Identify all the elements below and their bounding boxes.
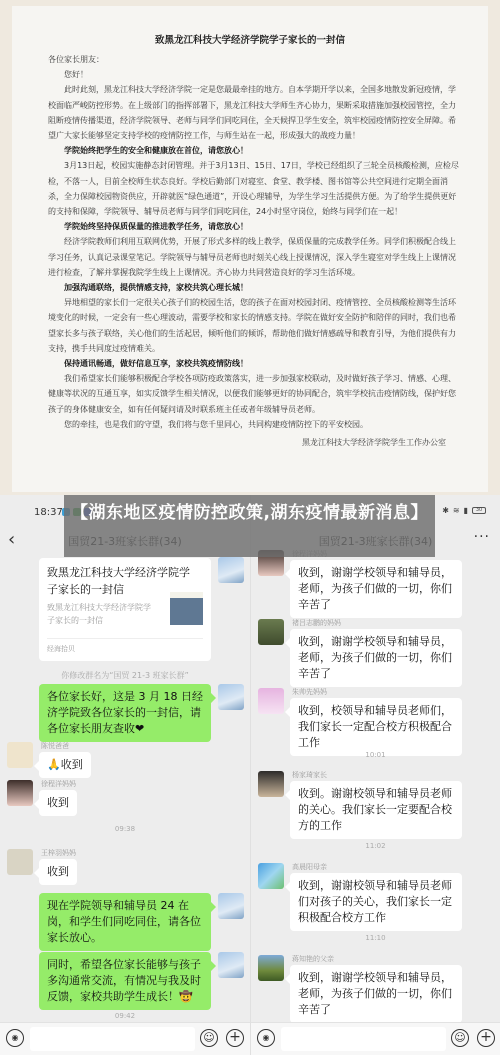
letter-paragraph: 经济学院教师们利用互联网优势，开展了形式多样的线上教学，保质保量的完成教学任务。… [48, 234, 460, 280]
message-input[interactable] [281, 1027, 446, 1051]
message-bubble-received[interactable]: 收到 [39, 859, 77, 885]
more-options-icon[interactable]: ··· [474, 529, 490, 545]
chat-messages[interactable]: 徐程洋妈妈 收到，谢谢学校领导和辅导员，老师，为孩子们做的一切，你们辛苦了 褚吕… [251, 557, 500, 1017]
chat-messages[interactable]: 致黑龙江科技大学经济学院学子家长的一封信 致黑龙江科技大学经济学院学子家长的一封… [0, 557, 250, 1017]
my-avatar[interactable] [218, 557, 244, 583]
member-avatar[interactable] [7, 780, 33, 806]
system-status-icons: ✱ ≋ ▮ 30 [442, 506, 486, 515]
signal-icon: ▮ [464, 506, 468, 515]
sender-name: 蒋知艳的父亲 [292, 954, 334, 964]
sender-name: 朱帅先妈妈 [292, 687, 327, 697]
member-avatar[interactable] [258, 688, 284, 714]
composite-image: 致黑龙江科技大学经济学院学子家长的一封信 各位家长朋友： 您好！ 此时此刻，黑龙… [0, 0, 500, 1055]
letter-body: 各位家长朋友： 您好！ 此时此刻，黑龙江科技大学经济学院一定是您最最牵挂的地方。… [48, 52, 460, 432]
voice-input-icon[interactable]: ◉ [257, 1029, 275, 1047]
message-bubble-received[interactable]: 收到，谢谢学校领导和辅导员，老师，为孩子们做的一切，你们辛苦了 [290, 629, 462, 687]
my-avatar[interactable] [218, 952, 244, 978]
phone-screenshot-right: ✱ ≋ ▮ 30 国贸21-3班家长群(34) ··· 徐程洋妈妈 收到，谢谢学… [250, 495, 500, 1055]
chat-input-bar: ◉ ☺ + [251, 1022, 500, 1055]
timestamp: 09:38 [0, 825, 250, 833]
plus-icon[interactable]: + [226, 1029, 244, 1047]
letter-paragraph: 我们希望家长们能够积极配合学校各项防疫政策落实，进一步加强家校联动，及时做好孩子… [48, 371, 460, 417]
letter-paragraph: 您的牵挂，也是我们的守望，我们将与您千里同心，共同构建疫情防控下的平安校园。 [48, 417, 460, 432]
letter-heading: 学院始终坚持保质保量的推进教学任务，请您放心！ [48, 219, 460, 234]
message-bubble-received[interactable]: 收到。谢谢校领导和辅导员老师的关心。我们家长一定要配合校方的工作 [290, 781, 462, 839]
timestamp: 09:42 [0, 1012, 250, 1020]
message-bubble-received[interactable]: 收到，谢谢学校领导和辅导员，老师，为孩子们做的一切，你们辛苦了 [290, 560, 462, 618]
phone-screenshot-left: 18:37 ‹ 国贸21-3班家长群(34) 致黑龙江科技大学经济学院学子家长的… [0, 495, 250, 1055]
letter-salutation: 各位家长朋友： [48, 52, 460, 67]
letter-heading: 学院始终把学生的安全和健康放在首位，请您放心！ [48, 143, 460, 158]
message-bubble-sent[interactable]: 现在学院领导和辅导员 24 在岗，和学生们同吃同住，请各位家长放心。 [39, 893, 211, 951]
member-avatar[interactable] [258, 955, 284, 981]
message-bubble-sent[interactable]: 同时，希望各位家长能够与孩子多沟通常交流，有情况与我及时反馈，家校共助学生成长！… [39, 952, 211, 1010]
sender-name: 高晨阳母亲 [292, 862, 327, 872]
letter-heading: 保持通讯畅通，做好信息互享，家校共筑疫情防线！ [48, 356, 460, 371]
chat-input-bar: ◉ ☺ + [0, 1022, 250, 1055]
emoji-icon[interactable]: ☺ [451, 1029, 469, 1047]
message-bubble-received[interactable]: 收到，谢谢学校领导和辅导员，老师，为孩子们做的一切，你们辛苦了 [290, 965, 462, 1023]
my-avatar[interactable] [218, 684, 244, 710]
battery-icon: 30 [472, 507, 486, 514]
voice-input-icon[interactable]: ◉ [6, 1029, 24, 1047]
status-time: 18:37 [34, 507, 63, 518]
timestamp: 11:02 [251, 842, 500, 850]
letter-paragraph: 3月13日起，校园实施静态封闭管理。并于3月13日、15日、17日，学校已经组织… [48, 158, 460, 219]
message-bubble-received[interactable]: 收到，校领导和辅导员老师们，我们家长一定配合校方积极配合工作 [290, 698, 462, 756]
shared-article-card[interactable]: 致黑龙江科技大学经济学院学子家长的一封信 致黑龙江科技大学经济学院学子家长的一封… [39, 558, 211, 661]
sender-name: 褚吕志鹏的妈妈 [292, 618, 341, 628]
message-bubble-received[interactable]: 收到 [39, 790, 77, 816]
envelope-thumbnail-icon [170, 592, 203, 625]
member-avatar[interactable] [7, 849, 33, 875]
timestamp: 10:01 [251, 751, 500, 759]
letter-title: 致黑龙江科技大学经济学院学子家长的一封信 [12, 32, 488, 46]
letter-greeting: 您好！ [48, 67, 460, 82]
headline-overlay: 【湖东地区疫情防控政策,湖东疫情最新消息】 [64, 495, 435, 557]
emoji-icon[interactable]: ☺ [200, 1029, 218, 1047]
letter-paragraph: 异地相望的家长们一定很关心孩子们的校园生活，您的孩子在面对校园封闭、疫情管控、全… [48, 295, 460, 356]
sender-name: 徐程洋妈妈 [41, 779, 76, 789]
member-avatar[interactable] [7, 742, 33, 768]
sender-name: 陈悦爸爸 [41, 741, 69, 751]
message-bubble-received[interactable]: 🙏收到 [39, 752, 91, 778]
letter-paragraph: 此时此刻，黑龙江科技大学经济学院一定是您最最牵挂的地方。自本学期开学以来，全国多… [48, 82, 460, 143]
message-bubble-sent[interactable]: 各位家长好，这是 3 月 18 日经济学院致各位家长的一封信，请各位家长朋友查收… [39, 684, 211, 742]
divider [47, 638, 203, 639]
message-input[interactable] [30, 1027, 195, 1051]
letter-scan: 致黑龙江科技大学经济学院学子家长的一封信 各位家长朋友： 您好！ 此时此刻，黑龙… [0, 0, 500, 495]
letter-paper: 致黑龙江科技大学经济学院学子家长的一封信 各位家长朋友： 您好！ 此时此刻，黑龙… [12, 6, 488, 492]
wifi-icon: ≋ [453, 506, 460, 515]
bluetooth-icon: ✱ [442, 506, 449, 515]
timestamp: 11:10 [251, 934, 500, 942]
member-avatar[interactable] [258, 771, 284, 797]
member-avatar[interactable] [258, 619, 284, 645]
sender-name: 杨家琦家长 [292, 770, 327, 780]
sender-name: 王梓羽妈妈 [41, 848, 76, 858]
group-rename-notice: 你修改群名为“国贸 21-3 班家长群” [0, 670, 250, 681]
card-source: 经海拾贝 [47, 644, 75, 654]
member-avatar[interactable] [258, 863, 284, 889]
letter-signature: 黑龙江科技大学经济学院学生工作办公室 [302, 437, 446, 448]
my-avatar[interactable] [218, 893, 244, 919]
plus-icon[interactable]: + [477, 1029, 495, 1047]
message-bubble-received[interactable]: 收到，谢谢校领导和辅导员老师们对孩子的关心，我们家长一定积极配合校方工作 [290, 873, 462, 931]
letter-heading: 加强沟通联络，提供情感支持，家校共筑心理长城！ [48, 280, 460, 295]
card-description: 致黑龙江科技大学经济学院学子家长的一封信 [47, 601, 157, 627]
